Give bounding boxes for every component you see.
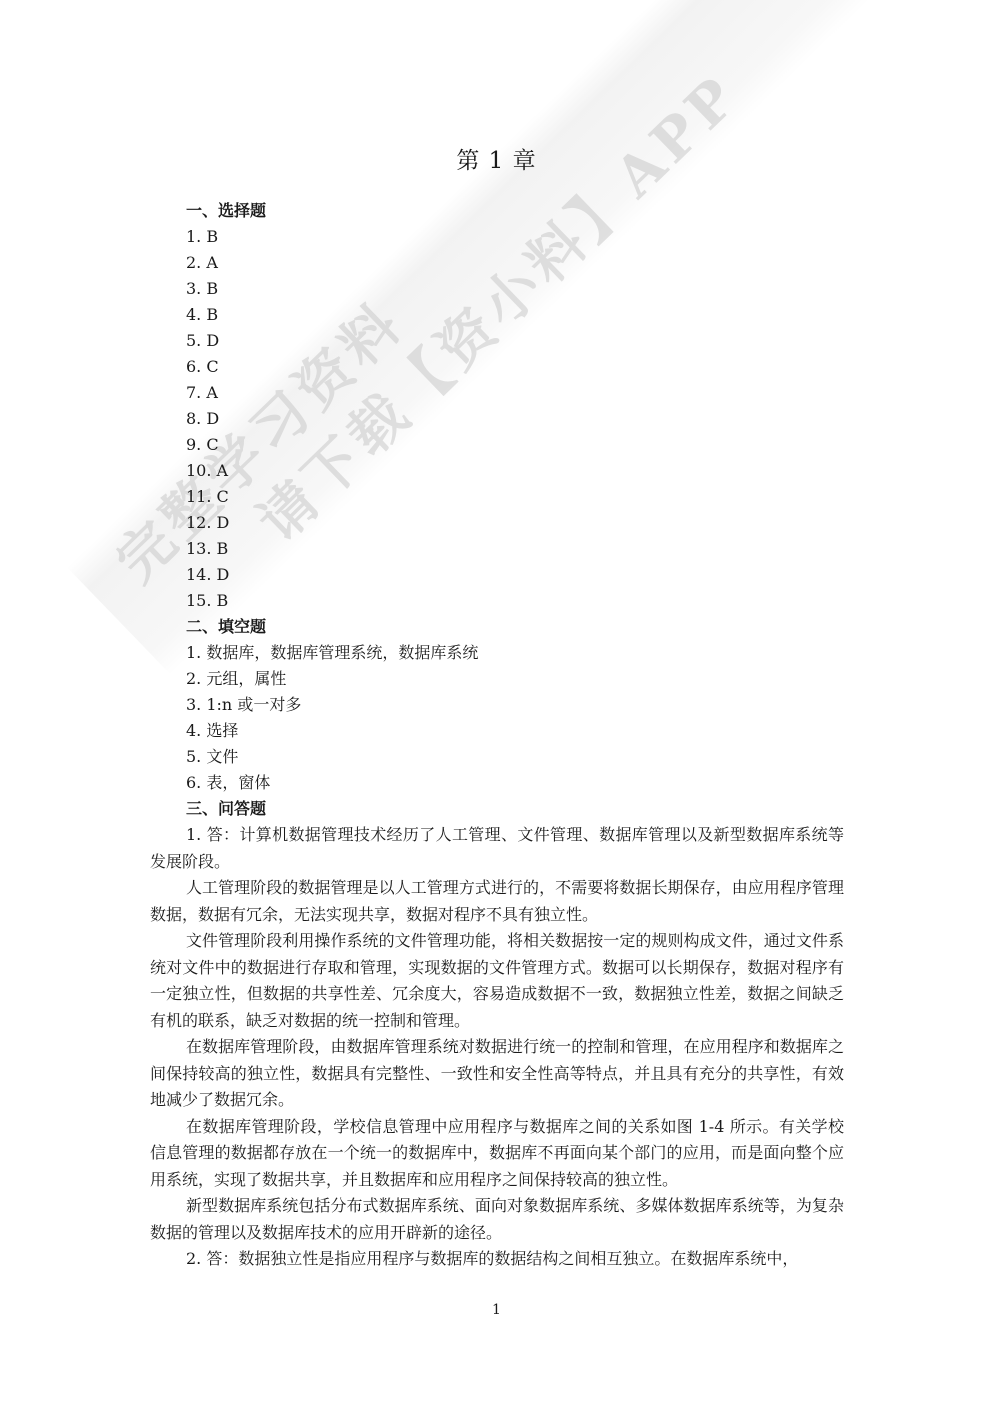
choice-answer: 4. B (150, 302, 844, 328)
section-heading-fill: 二、填空题 (150, 614, 844, 640)
choice-answer: 9. C (150, 432, 844, 458)
fill-answer: 1. 数据库，数据库管理系统，数据库系统 (150, 640, 844, 666)
fill-answer: 5. 文件 (150, 744, 844, 770)
choice-answer: 12. D (150, 510, 844, 536)
page-content: 一、选择题 1. B 2. A 3. B 4. B 5. D 6. C 7. A… (150, 198, 844, 1273)
qa-paragraph: 在数据库管理阶段，由数据库管理系统对数据进行统一的控制和管理，在应用程序和数据库… (150, 1034, 844, 1114)
fill-answer-list: 1. 数据库，数据库管理系统，数据库系统 2. 元组，属性 3. 1:n 或一对… (150, 640, 844, 796)
choice-answer: 14. D (150, 562, 844, 588)
qa-paragraph: 人工管理阶段的数据管理是以人工管理方式进行的，不需要将数据长期保存，由应用程序管… (150, 875, 844, 928)
choice-answer: 3. B (150, 276, 844, 302)
fill-answer: 6. 表，窗体 (150, 770, 844, 796)
page-number: 1 (0, 1302, 993, 1318)
document-page: 第 1 章 一、选择题 1. B 2. A 3. B 4. B 5. D 6. … (0, 0, 993, 1404)
choice-answer-list: 1. B 2. A 3. B 4. B 5. D 6. C 7. A 8. D … (150, 224, 844, 614)
qa-paragraph: 文件管理阶段利用操作系统的文件管理功能，将相关数据按一定的规则构成文件，通过文件… (150, 928, 844, 1034)
fill-answer: 2. 元组，属性 (150, 666, 844, 692)
choice-answer: 11. C (150, 484, 844, 510)
fill-answer: 3. 1:n 或一对多 (150, 692, 844, 718)
qa-paragraph: 1. 答：计算机数据管理技术经历了人工管理、文件管理、数据库管理以及新型数据库系… (150, 822, 844, 875)
qa-paragraph: 新型数据库系统包括分布式数据库系统、面向对象数据库系统、多媒体数据库系统等，为复… (150, 1193, 844, 1246)
qa-paragraph: 2. 答：数据独立性是指应用程序与数据库的数据结构之间相互独立。在数据库系统中， (150, 1246, 844, 1273)
choice-answer: 6. C (150, 354, 844, 380)
choice-answer: 7. A (150, 380, 844, 406)
fill-answer: 4. 选择 (150, 718, 844, 744)
section-heading-choice: 一、选择题 (150, 198, 844, 224)
choice-answer: 15. B (150, 588, 844, 614)
qa-answer-body: 1. 答：计算机数据管理技术经历了人工管理、文件管理、数据库管理以及新型数据库系… (150, 822, 844, 1273)
choice-answer: 2. A (150, 250, 844, 276)
qa-paragraph: 在数据库管理阶段，学校信息管理中应用程序与数据库之间的关系如图 1-4 所示。有… (150, 1114, 844, 1194)
choice-answer: 10. A (150, 458, 844, 484)
choice-answer: 8. D (150, 406, 844, 432)
choice-answer: 5. D (150, 328, 844, 354)
choice-answer: 1. B (150, 224, 844, 250)
section-heading-qa: 三、问答题 (150, 796, 844, 822)
choice-answer: 13. B (150, 536, 844, 562)
chapter-title: 第 1 章 (0, 142, 993, 175)
